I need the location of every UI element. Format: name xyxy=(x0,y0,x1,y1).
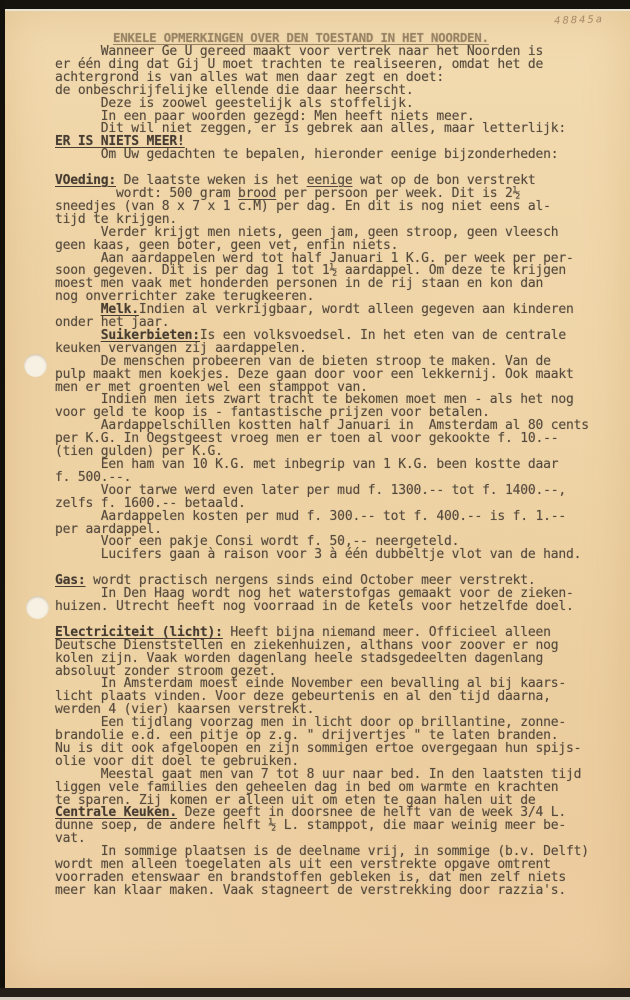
text-line: Om Uw gedachten te bepalen, hieronder ee… xyxy=(55,149,624,162)
punch-hole-top xyxy=(24,354,47,377)
text-line: Een ham van 10 K.G. met inbegrip van 1 K… xyxy=(55,459,624,472)
scan-border-top xyxy=(0,0,630,9)
document-paper: 48845a ENKELE OPMERKINGEN OVER DEN TOEST… xyxy=(5,11,630,988)
document-body: Wanneer Ge U gereed maakt voor vertrek n… xyxy=(55,46,624,898)
punch-hole-bottom xyxy=(26,596,49,619)
text-line: meer kan klaar maken. Vaak stagneert de … xyxy=(55,885,624,898)
pencil-annotation: 48845a xyxy=(554,14,604,27)
text-line: Lucifers gaan à raison voor 3 à één dubb… xyxy=(55,549,624,562)
text-line: huizen. Utrecht heeft nog voorraad in de… xyxy=(55,601,624,614)
document-content: ENKELE OPMERKINGEN OVER DEN TOESTAND IN … xyxy=(55,27,624,898)
text-line: dunne soep, de andere helft ½ L. stamppo… xyxy=(55,820,624,833)
document-title: ENKELE OPMERKINGEN OVER DEN TOESTAND IN … xyxy=(113,31,489,44)
scanned-document-page: 48845a ENKELE OPMERKINGEN OVER DEN TOEST… xyxy=(0,0,630,1000)
scan-border-bottom xyxy=(0,988,630,997)
